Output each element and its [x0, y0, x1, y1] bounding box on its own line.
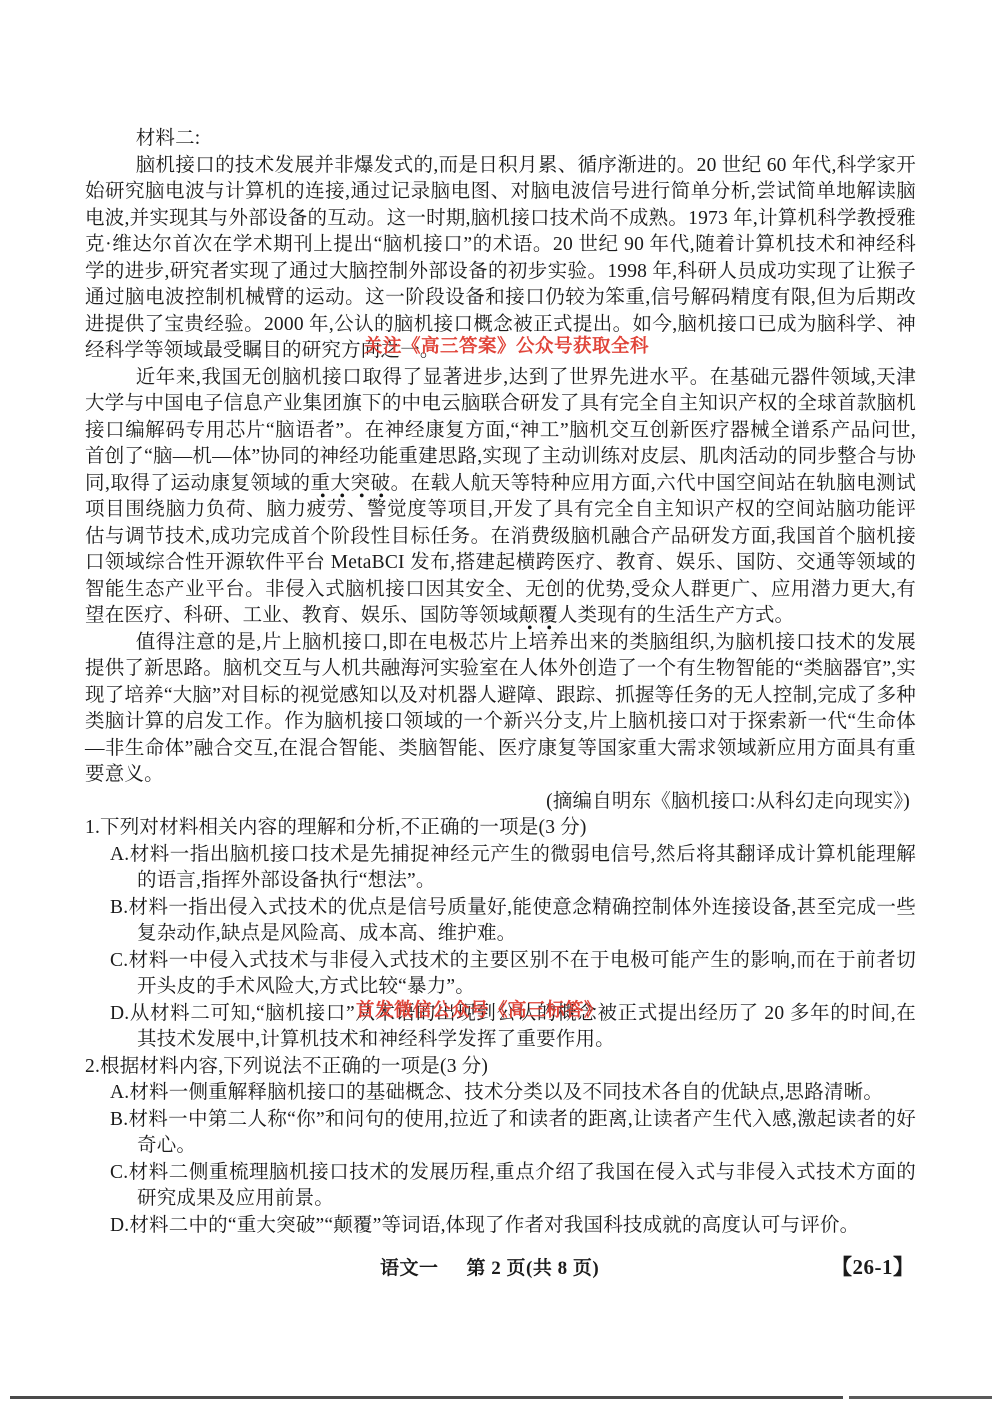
question-1-stem-text: 下列对材料相关内容的理解和分析,不正确的一项是(3 分): [100, 817, 587, 838]
emphasized-term-major-breakthrough: 重大突破: [311, 473, 391, 499]
option-label: C.: [110, 1162, 128, 1183]
material-paragraph-3: 值得注意的是,片上脑机接口,即在电极芯片上培养出来的类脑组织,为脑机接口技术的发…: [85, 630, 916, 789]
option-label: B.: [110, 1109, 128, 1130]
exam-paper-page: 材料二: 脑机接口的技术发展并非爆发式的,而是日积月累、循序渐进的。20 世纪 …: [0, 0, 992, 1402]
emphasized-term-overturn: 颠覆: [518, 605, 557, 631]
footer-page-number: 第 2 页(共 8 页): [467, 1258, 600, 1279]
option-text: 材料一指出侵入式技术的优点是信号质量好,能使意念精确控制体外连接设备,甚至完成一…: [128, 897, 916, 945]
question-1-number: 1.: [85, 817, 100, 838]
option-label: A.: [110, 1082, 129, 1103]
paragraph-2-text-c: 人类现有的生活生产方式。: [558, 605, 794, 626]
page-footer: 语文一第 2 页(共 8 页): [380, 1253, 599, 1280]
question-1-stem: 1.下列对材料相关内容的理解和分析,不正确的一项是(3 分): [85, 815, 916, 842]
footer-subject-label: 语文一: [380, 1258, 439, 1279]
scan-artifact-bottom-line-right: [849, 1396, 992, 1399]
option-text: 材料一中第二人称“你”和问句的使用,拉近了和读者的距离,让读者产生代入感,激起读…: [128, 1109, 916, 1157]
page-body: 材料二: 脑机接口的技术发展并非爆发式的,而是日积月累、循序渐进的。20 世纪 …: [85, 126, 916, 1239]
option-label: D.: [110, 1215, 129, 1236]
red-watermark-wechat-channel: 首发微信公众号《高三标答》: [356, 1000, 603, 1022]
question-2-option-d[interactable]: D.材料二中的“重大突破”“颠覆”等词语,体现了作者对我国科技成就的高度认可与评…: [110, 1213, 916, 1240]
paragraph-2-text-b: 。在载人航天等特种应用方面,六代中国空间站在轨脑电测试项目围绕脑力负荷、脑力疲劳…: [85, 473, 916, 627]
option-text: 材料一侧重解释脑机接口的基础概念、技术分类以及不同技术各自的优缺点,思路清晰。: [129, 1082, 883, 1103]
question-1-option-b[interactable]: B.材料一指出侵入式技术的优点是信号质量好,能使意念精确控制体外连接设备,甚至完…: [110, 895, 916, 948]
question-2-number: 2.: [85, 1056, 100, 1077]
source-attribution: (摘编自明东《脑机接口:从科幻走向现实》): [85, 789, 916, 816]
question-2: 2.根据材料内容,下列说法不正确的一项是(3 分) A.材料一侧重解释脑机接口的…: [85, 1054, 916, 1240]
red-watermark-answers-channel: 关注《高三答案》公众号获取全科: [364, 336, 649, 358]
question-2-stem: 2.根据材料内容,下列说法不正确的一项是(3 分): [85, 1054, 916, 1081]
question-1-option-a[interactable]: A.材料一指出脑机接口技术是先捕捉神经元产生的微弱电信号,然后将其翻译成计算机能…: [110, 842, 916, 895]
question-2-stem-text: 根据材料内容,下列说法不正确的一项是(3 分): [100, 1056, 488, 1077]
scan-artifact-bottom-line-left: [10, 1396, 843, 1399]
material-two-heading: 材料二:: [85, 126, 916, 153]
option-label: C.: [110, 950, 128, 971]
footer-paper-code: 【26-1】: [831, 1251, 915, 1281]
option-text: 材料一中侵入式技术与非侵入式技术的主要区别不在于电极可能产生的影响,而在于前者切…: [128, 950, 916, 998]
question-1-option-c[interactable]: C.材料一中侵入式技术与非侵入式技术的主要区别不在于电极可能产生的影响,而在于前…: [110, 948, 916, 1001]
question-2-option-b[interactable]: B.材料一中第二人称“你”和问句的使用,拉近了和读者的距离,让读者产生代入感,激…: [110, 1107, 916, 1160]
material-paragraph-1: 脑机接口的技术发展并非爆发式的,而是日积月累、循序渐进的。20 世纪 60 年代…: [85, 153, 916, 365]
material-paragraph-2: 近年来,我国无创脑机接口取得了显著进步,达到了世界先进水平。在基础元器件领域,天…: [85, 365, 916, 630]
option-label: B.: [110, 897, 128, 918]
question-2-option-c[interactable]: C.材料二侧重梳理脑机接口技术的发展历程,重点介绍了我国在侵入式与非侵入式技术方…: [110, 1160, 916, 1213]
option-label: D.: [110, 1003, 129, 1024]
option-text: 材料一指出脑机接口技术是先捕捉神经元产生的微弱电信号,然后将其翻译成计算机能理解…: [129, 844, 916, 892]
option-text: 材料二侧重梳理脑机接口技术的发展历程,重点介绍了我国在侵入式与非侵入式技术方面的…: [128, 1162, 916, 1210]
option-text: 材料二中的“重大突破”“颠覆”等词语,体现了作者对我国科技成就的高度认可与评价。: [129, 1215, 859, 1236]
option-label: A.: [110, 844, 129, 865]
question-2-option-a[interactable]: A.材料一侧重解释脑机接口的基础概念、技术分类以及不同技术各自的优缺点,思路清晰…: [110, 1080, 916, 1107]
